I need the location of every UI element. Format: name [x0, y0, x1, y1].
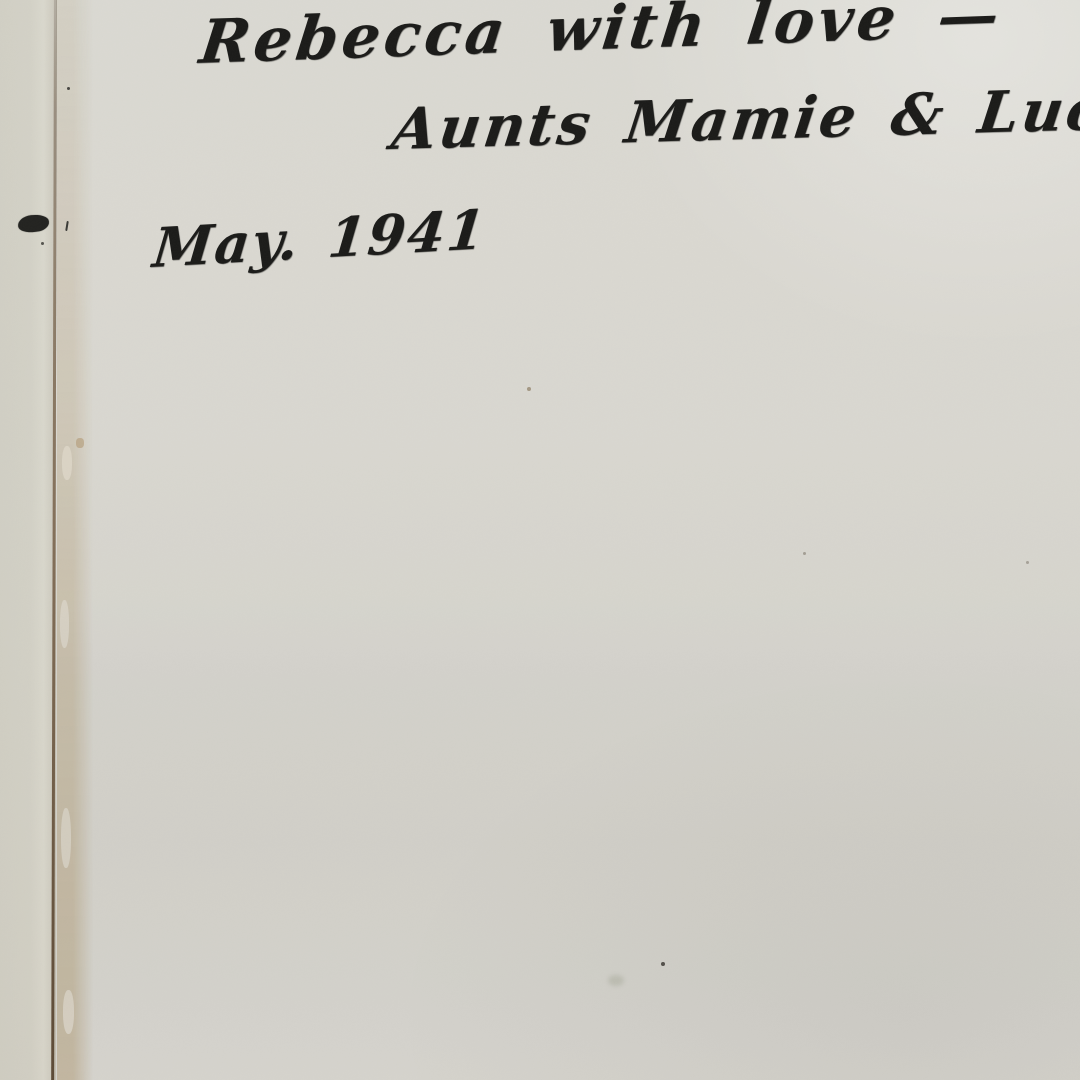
paper-smudge — [608, 975, 624, 986]
paper-speck — [1026, 561, 1029, 564]
paper-speck — [67, 87, 70, 90]
paper-speck — [527, 387, 531, 391]
bottom-shadow — [380, 660, 1080, 1080]
facing-page-edge — [0, 0, 56, 1080]
paper-speck — [803, 552, 806, 555]
paper-speck — [41, 242, 44, 245]
book-flyleaf-photo: Rebecca with love — Aunts Mamie & Lucill… — [0, 0, 1080, 1080]
paper-speck — [661, 962, 665, 966]
